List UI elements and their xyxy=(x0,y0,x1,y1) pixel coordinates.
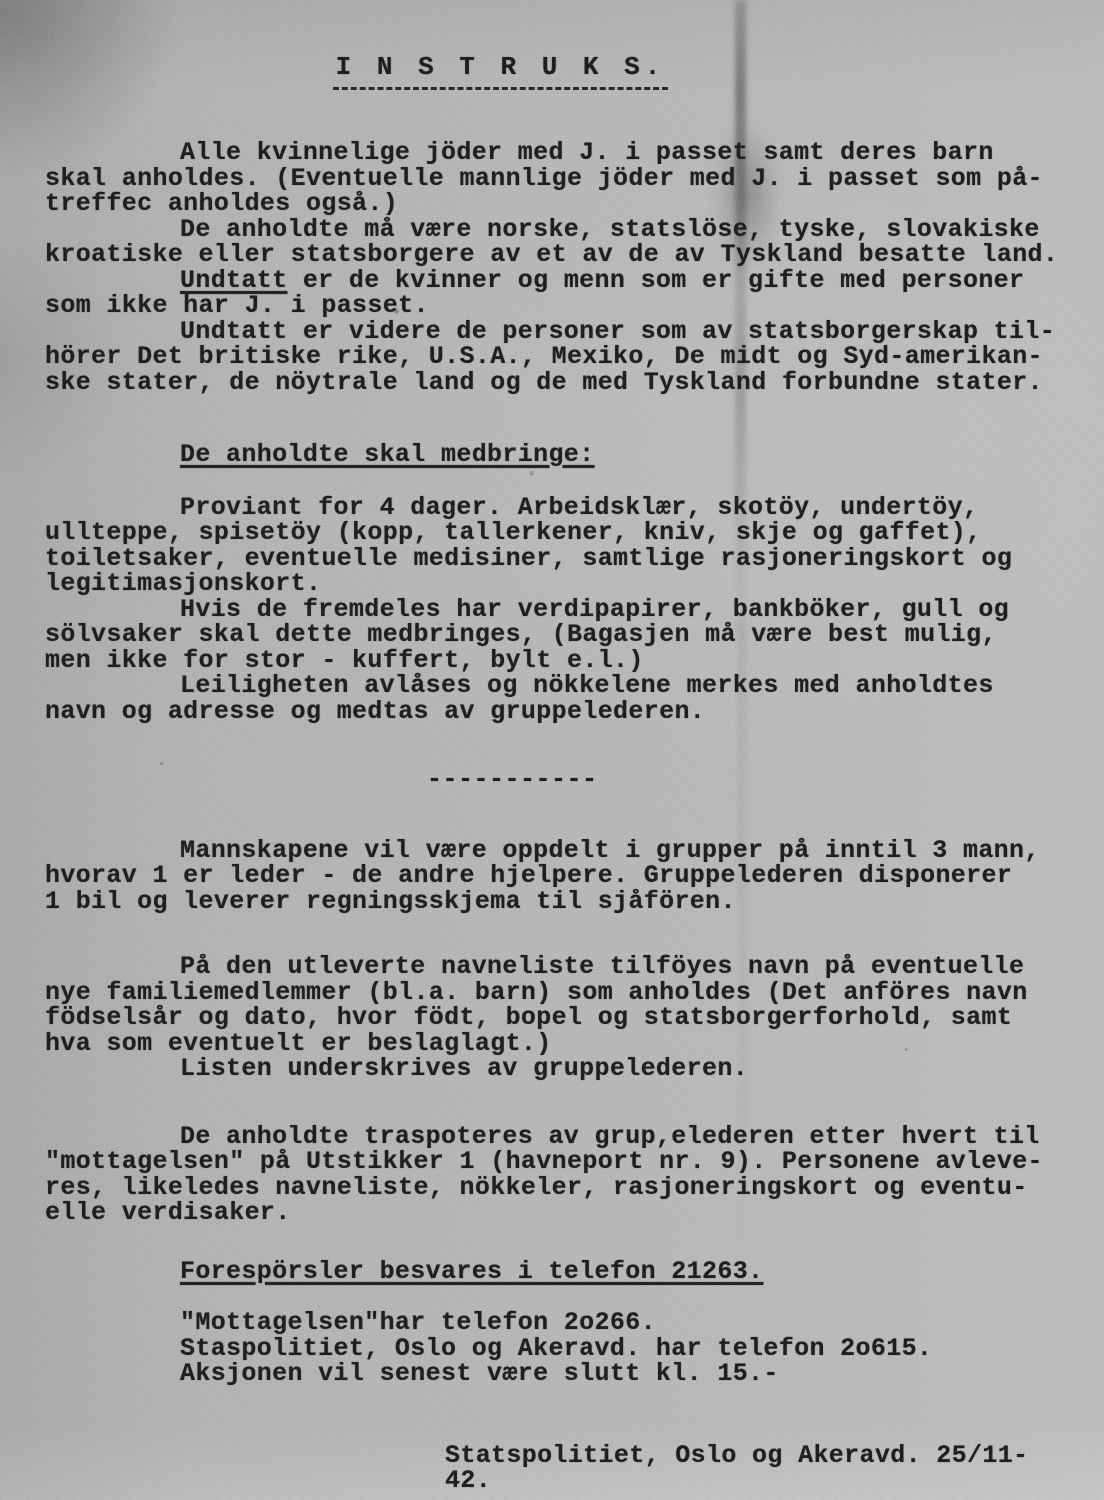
document-line: Undtatt er de kvinner og menn som er gif… xyxy=(45,268,1066,294)
document-title: I N S T R U K S. xyxy=(333,52,669,90)
block-p12: "Mottagelsen"har telefon 2o266.Staspolit… xyxy=(45,1310,1066,1387)
block-p7: Leiligheten avlåses og nökkelene merkes … xyxy=(45,673,1066,724)
block-p3: Undtatt er de kvinner og menn som er gif… xyxy=(45,268,1066,319)
document-line: res, likeledes navneliste, nökkeler, ras… xyxy=(45,1175,1066,1201)
block-h1: De anholdte skal medbringe: xyxy=(45,442,1066,468)
block-sig: Statspolitiet, Oslo og Akeravd. 25/11-42… xyxy=(45,1443,1066,1494)
block-sep: ----------- xyxy=(45,767,1066,793)
document-line: kroatiske eller statsborgere av et av de… xyxy=(45,242,1066,268)
document-line: De anholdte må være norske, statslöse, t… xyxy=(45,217,1066,243)
document-line: legitimasjonskort. xyxy=(45,571,1066,597)
document-line: Mannskapene vil være oppdelt i grupper p… xyxy=(45,838,1066,864)
document-line: Aksjonen vil senest være slutt kl. 15.- xyxy=(45,1361,1066,1387)
document-line: treffec anholdes også.) xyxy=(45,191,1066,217)
document-line: Forespörsler besvares i telefon 21263. xyxy=(45,1259,1066,1285)
document-line: Undtatt er videre de personer som av sta… xyxy=(45,319,1066,345)
block-title: I N S T R U K S. xyxy=(45,52,1066,90)
document-line: De anholdte skal medbringe: xyxy=(45,442,1066,468)
document-page: I N S T R U K S.Alle kvinnelige jöder me… xyxy=(0,0,1104,1500)
document-line: De anholdte traspoteres av grup,elederen… xyxy=(45,1124,1066,1150)
document-line: nye familiemedlemmer (bl.a. barn) som an… xyxy=(45,980,1066,1006)
document-line: 1 bil og leverer regningsskjema til sjåf… xyxy=(45,889,1066,915)
block-p9: På den utleverte navneliste tilföyes nav… xyxy=(45,954,1066,1082)
block-p8: Mannskapene vil være oppdelt i grupper p… xyxy=(45,838,1066,915)
document-line: ullteppe, spisetöy (kopp, tallerkener, k… xyxy=(45,520,1066,546)
document-line: Staspolitiet, Oslo og Akeravd. har telef… xyxy=(45,1336,1066,1362)
document-line: "Mottagelsen"har telefon 2o266. xyxy=(45,1310,1066,1336)
document-line: elle verdisaker. xyxy=(45,1200,1066,1226)
document-line: som ikke har J. i passet. xyxy=(45,293,1066,319)
block-p10: De anholdte traspoteres av grup,elederen… xyxy=(45,1124,1066,1226)
document-line: hörer Det britiske rike, U.S.A., Mexiko,… xyxy=(45,344,1066,370)
block-p2: De anholdte må være norske, statslöse, t… xyxy=(45,217,1066,268)
document-line: Hvis de fremdeles har verdipapirer, bank… xyxy=(45,597,1066,623)
block-p6: Hvis de fremdeles har verdipapirer, bank… xyxy=(45,597,1066,674)
document-line: födselsår og dato, hvor födt, bopel og s… xyxy=(45,1005,1066,1031)
document-line: Proviant for 4 dager. Arbeidsklær, skotö… xyxy=(45,495,1066,521)
document-line: navn og adresse og medtas av gruppeleder… xyxy=(45,699,1066,725)
document-body: I N S T R U K S.Alle kvinnelige jöder me… xyxy=(45,52,1066,1494)
document-line: toiletsaker, eventuelle medisiner, samtl… xyxy=(45,546,1066,572)
document-line: "mottagelsen" på Utstikker 1 (havneport … xyxy=(45,1149,1066,1175)
document-line: Alle kvinnelige jöder med J. i passet sa… xyxy=(45,140,1066,166)
document-line: hva som eventuelt er beslaglagt.) xyxy=(45,1031,1066,1057)
block-p1: Alle kvinnelige jöder med J. i passet sa… xyxy=(45,140,1066,217)
block-p4: Undtatt er videre de personer som av sta… xyxy=(45,319,1066,396)
block-p5: Proviant for 4 dager. Arbeidsklær, skotö… xyxy=(45,495,1066,597)
document-line: Listen underskrives av gruppelederen. xyxy=(45,1056,1066,1082)
document-line: sölvsaker skal dette medbringes, (Bagasj… xyxy=(45,622,1066,648)
separator-text: ----------- xyxy=(427,765,598,794)
document-line: ske stater, de nöytrale land og de med T… xyxy=(45,370,1066,396)
document-line: hvorav 1 er leder - de andre hjelpere. G… xyxy=(45,863,1066,889)
document-line: På den utleverte navneliste tilföyes nav… xyxy=(45,954,1066,980)
document-line: skal anholdes. (Eventuelle mannlige jöde… xyxy=(45,166,1066,192)
document-line: Leiligheten avlåses og nökkelene merkes … xyxy=(45,673,1066,699)
document-line: men ikke for stor - kuffert, bylt e.l.) xyxy=(45,648,1066,674)
paper-specks xyxy=(0,0,3,3)
block-p11: Forespörsler besvares i telefon 21263. xyxy=(45,1259,1066,1285)
signature-text: Statspolitiet, Oslo og Akeravd. 25/11-42… xyxy=(445,1441,1028,1496)
